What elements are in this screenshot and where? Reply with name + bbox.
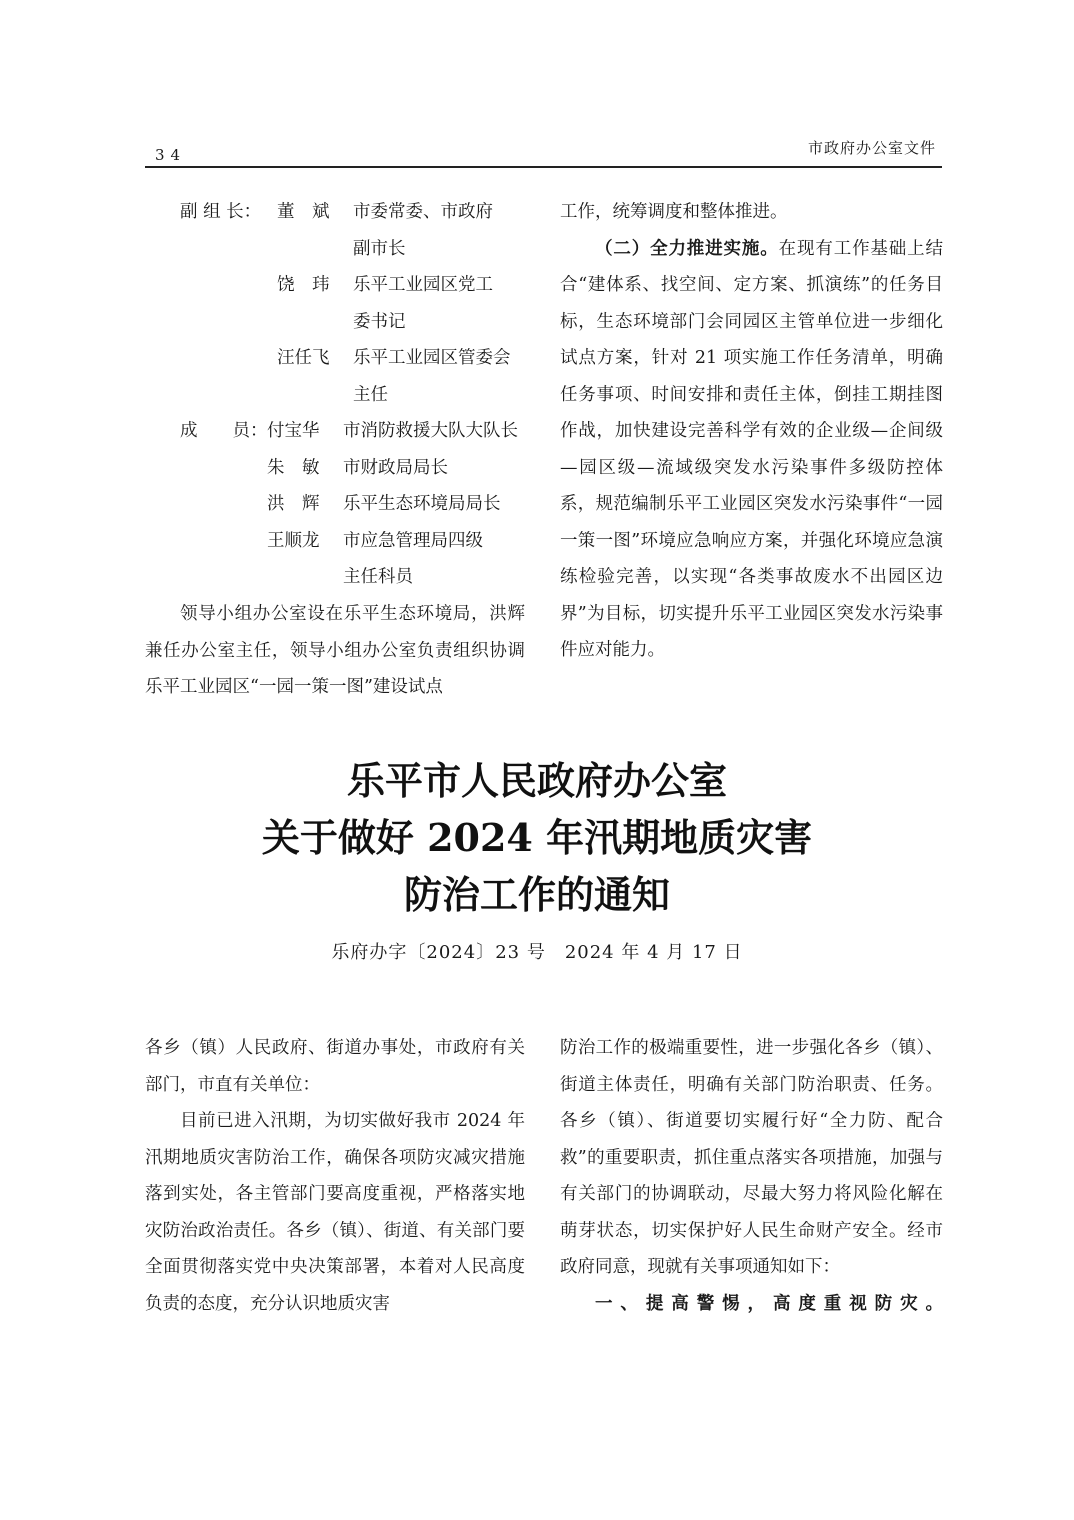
notice-body-left: 各乡（镇）人民政府、街道办事处，市政府有关部门，市直有关单位： 目前已进入汛期，…	[145, 1030, 525, 1326]
section-one-heading: 一、提高警惕，高度重视防灾。	[595, 1294, 943, 1314]
office-paragraph: 领导小组办公室设在乐平生态环境局，洪辉兼任办公室主任，领导小组办公室负责组织协调…	[145, 596, 525, 706]
leadership-roster: 副 组 长： 董 斌 市委常委、市政府 副市长 饶 玮 乐平工业园区党工 委书记…	[180, 194, 540, 596]
roster-position: 乐平工业园区党工	[353, 267, 493, 304]
continuation-text: 工作，统筹调度和整体推进。	[560, 194, 943, 231]
notice-paragraph-1-continued: 防治工作的极端重要性，进一步强化各乡（镇）、街道主体责任，明确有关部门防治职责、…	[560, 1030, 943, 1286]
right-column-top: 工作，统筹调度和整体推进。 （二）全力推进实施。在现有工作基础上结合“建体系、找…	[560, 194, 943, 669]
roster-name: 付宝华	[267, 413, 320, 450]
roster-name: 董 斌	[277, 194, 330, 231]
member-label: 成 员：	[180, 413, 268, 450]
document-label: 市政府办公室文件	[808, 137, 936, 158]
roster-position: 主任	[353, 377, 388, 414]
title-line: 关于做好 2024 年汛期地质灾害	[0, 809, 1074, 866]
title-line: 乐平市人民政府办公室	[0, 752, 1074, 809]
roster-name: 王顺龙	[267, 523, 320, 560]
roster-position: 乐平工业园区管委会	[353, 340, 511, 377]
section-two-paragraph: （二）全力推进实施。在现有工作基础上结合“建体系、找空间、定方案、抓演练”的任务…	[560, 231, 943, 669]
section-two-heading: （二）全力推进实施。	[595, 239, 779, 259]
title-line: 防治工作的通知	[0, 866, 1074, 923]
notice-body-right: 防治工作的极端重要性，进一步强化各乡（镇）、街道主体责任，明确有关部门防治职责、…	[560, 1030, 943, 1330]
roster-name: 朱 敏	[267, 450, 320, 487]
section-one-paragraph: 一、提高警惕，高度重视防灾。镇、村（居）	[560, 1286, 943, 1331]
page-number: 34	[155, 146, 186, 164]
deputy-label: 副 组 长：	[180, 194, 261, 231]
roster-position: 市委常委、市政府	[353, 194, 493, 231]
document-number: 乐府办字〔2024〕23 号 2024 年 4 月 17 日	[0, 938, 1074, 964]
roster-position: 主任科员	[343, 559, 413, 596]
roster-position: 委书记	[353, 304, 406, 341]
page-header: 34 市政府办公室文件	[145, 138, 942, 168]
notice-title: 乐平市人民政府办公室 关于做好 2024 年汛期地质灾害 防治工作的通知	[0, 752, 1074, 923]
roster-name: 洪 辉	[267, 486, 320, 523]
roster-position: 市应急管理局四级	[343, 523, 483, 560]
roster-position: 乐平生态环境局局长	[343, 486, 501, 523]
roster-position: 市消防救援大队大队长	[343, 413, 518, 450]
section-two-body: 在现有工作基础上结合“建体系、找空间、定方案、抓演练”的任务目标，生态环境部门会…	[560, 239, 943, 661]
salutation: 各乡（镇）人民政府、街道办事处，市政府有关部门，市直有关单位：	[145, 1030, 525, 1103]
roster-name: 饶 玮	[277, 267, 330, 304]
roster-position: 市财政局局长	[343, 450, 448, 487]
left-column-top: 领导小组办公室设在乐平生态环境局，洪辉兼任办公室主任，领导小组办公室负责组织协调…	[145, 596, 525, 706]
roster-name: 汪任飞	[277, 340, 330, 377]
roster-position: 副市长	[353, 231, 406, 268]
notice-paragraph-1: 目前已进入汛期，为切实做好我市 2024 年汛期地质灾害防治工作，确保各项防灾减…	[145, 1103, 525, 1322]
